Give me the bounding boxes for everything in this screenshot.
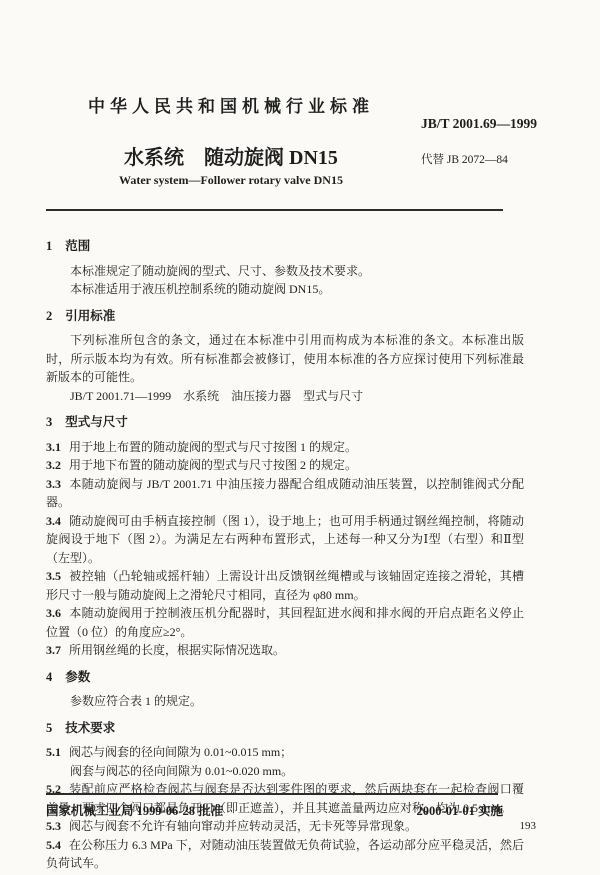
- section-heading: 2引用标准: [46, 307, 524, 326]
- clause-text: 范围: [65, 239, 90, 253]
- clause-number: 3.6: [46, 606, 61, 620]
- clause-number: 1: [46, 239, 52, 253]
- document-body: 1范围本标准规定了随动旋阀的型式、尺寸、参数及技术要求。本标准适用于液压机控制系…: [46, 229, 524, 873]
- clause-text: JB/T 2001.71—1999 水系统 油压接力器 型式与尺寸: [70, 389, 363, 403]
- document-title-en: Water system—Follower rotary valve DN15: [0, 173, 462, 188]
- footer-divider: [46, 793, 498, 795]
- clause-text: 随动旋阀可由手柄直接控制（图 1），设于地上；也可用手柄通过钢丝绳控制，将随动旋…: [46, 514, 524, 565]
- clause-text: 被控轴（凸轮轴或摇杆轴）上需设计出反馈钢丝绳槽或与该轴固定连接之滑轮，其槽形尺寸…: [46, 569, 524, 602]
- implementation-note: 2000-01-01 实施: [417, 801, 503, 819]
- clause-text: 技术要求: [65, 721, 115, 735]
- clause-paragraph: 3.3本随动旋阀与 JB/T 2001.71 中油压接力器配合组成随动油压装置，…: [46, 475, 524, 512]
- clause-number: 3.4: [46, 514, 61, 528]
- clause-text: 用于地下布置的随动旋阀的型式与尺寸按图 2 的规定。: [69, 458, 357, 472]
- header-divider: [46, 209, 503, 211]
- clause-text: 阀套与阀芯的径向间隙为 0.01~0.020 mm。: [70, 764, 293, 778]
- clause-text: 所用钢丝绳的长度，根据实际情况选取。: [69, 643, 285, 657]
- supersedes-note: 代替 JB 2072—84: [421, 151, 508, 167]
- page-number: 193: [446, 820, 536, 832]
- paragraph: 阀套与阀芯的径向间隙为 0.01~0.020 mm。: [46, 762, 524, 781]
- footer-line: 国家机械工业局 1999-06-28 批准 2000-01-01 实施: [46, 801, 503, 819]
- clause-text: 引用标准: [65, 309, 115, 323]
- section-heading: 4参数: [46, 668, 524, 687]
- clause-paragraph: 3.4随动旋阀可由手柄直接控制（图 1），设于地上；也可用手柄通过钢丝绳控制，将…: [46, 512, 524, 568]
- paragraph: JB/T 2001.71—1999 水系统 油压接力器 型式与尺寸: [46, 387, 524, 406]
- clause-number: 5: [46, 721, 52, 735]
- document-title-cn: 水系统 随动旋阀 DN15: [0, 141, 462, 170]
- clause-paragraph: 5.1阀芯与阀套的径向间隙为 0.01~0.015 mm；: [46, 743, 524, 762]
- clause-text: 本随动旋阀与 JB/T 2001.71 中油压接力器配合组成随动油压装置，以控制…: [46, 477, 524, 510]
- clause-text: 本随动旋阀用于控制液压机分配器时，其回程缸进水阀和排水阀的开启点距名义停止位置（…: [46, 606, 524, 639]
- paragraph: 下列标准所包含的条文，通过在本标准中引用而构成为本标准的条文。本标准出版时，所示…: [46, 331, 524, 387]
- section-heading: 1范围: [46, 237, 524, 256]
- clause-number: 2: [46, 309, 52, 323]
- clause-text: 下列标准所包含的条文，通过在本标准中引用而构成为本标准的条文。本标准出版时，所示…: [46, 333, 524, 384]
- clause-paragraph: 3.6本随动旋阀用于控制液压机分配器时，其回程缸进水阀和排水阀的开启点距名义停止…: [46, 604, 524, 641]
- clause-number: 5.3: [46, 819, 61, 833]
- clause-paragraph: 5.4在公称压力 6.3 MPa 下，对随动油压装置做无负荷试验，各运动部分应平…: [46, 836, 524, 873]
- clause-text: 本标准适用于液压机控制系统的随动旋阀 DN15。: [70, 282, 330, 296]
- clause-number: 3: [46, 415, 52, 429]
- clause-number: 5.1: [46, 745, 61, 759]
- clause-paragraph: 3.1用于地上布置的随动旋阀的型式与尺寸按图 1 的规定。: [46, 438, 524, 457]
- standard-document-page: 中华人民共和国机械行业标准 JB/T 2001.69—1999 水系统 随动旋阀…: [0, 0, 600, 875]
- clause-number: 3.5: [46, 569, 61, 583]
- approval-note: 国家机械工业局 1999-06-28 批准: [46, 801, 223, 819]
- clause-text: 本标准规定了随动旋阀的型式、尺寸、参数及技术要求。: [70, 264, 370, 278]
- clause-text: 用于地上布置的随动旋阀的型式与尺寸按图 1 的规定。: [69, 440, 357, 454]
- clause-text: 参数: [65, 670, 90, 684]
- clause-text: 参数应符合表 1 的规定。: [70, 694, 202, 708]
- standard-number: JB/T 2001.69—1999: [421, 116, 537, 132]
- clause-number: 5.4: [46, 838, 61, 852]
- clause-text: 阀芯与阀套的径向间隙为 0.01~0.015 mm；: [69, 745, 292, 759]
- clause-number: 3.7: [46, 643, 61, 657]
- clause-number: 3.1: [46, 440, 61, 454]
- clause-number: 3.3: [46, 477, 61, 491]
- section-heading: 5技术要求: [46, 719, 524, 738]
- clause-number: 3.2: [46, 458, 61, 472]
- clause-number: 4: [46, 670, 52, 684]
- paragraph: 参数应符合表 1 的规定。: [46, 692, 524, 711]
- paragraph: 本标准适用于液压机控制系统的随动旋阀 DN15。: [46, 280, 524, 299]
- section-heading: 3型式与尺寸: [46, 413, 524, 432]
- clause-paragraph: 3.7所用钢丝绳的长度，根据实际情况选取。: [46, 641, 524, 660]
- clause-paragraph: 3.2用于地下布置的随动旋阀的型式与尺寸按图 2 的规定。: [46, 456, 524, 475]
- clause-text: 型式与尺寸: [65, 415, 128, 429]
- standard-org-title: 中华人民共和国机械行业标准: [0, 92, 462, 117]
- clause-text: 阀芯与阀套不允许有轴向窜动并应转动灵活，无卡死等异常现象。: [69, 819, 417, 833]
- clause-paragraph: 3.5被控轴（凸轮轴或摇杆轴）上需设计出反馈钢丝绳槽或与该轴固定连接之滑轮，其槽…: [46, 567, 524, 604]
- clause-text: 在公称压力 6.3 MPa 下，对随动油压装置做无负荷试验，各运动部分应平稳灵活…: [46, 838, 524, 871]
- paragraph: 本标准规定了随动旋阀的型式、尺寸、参数及技术要求。: [46, 262, 524, 281]
